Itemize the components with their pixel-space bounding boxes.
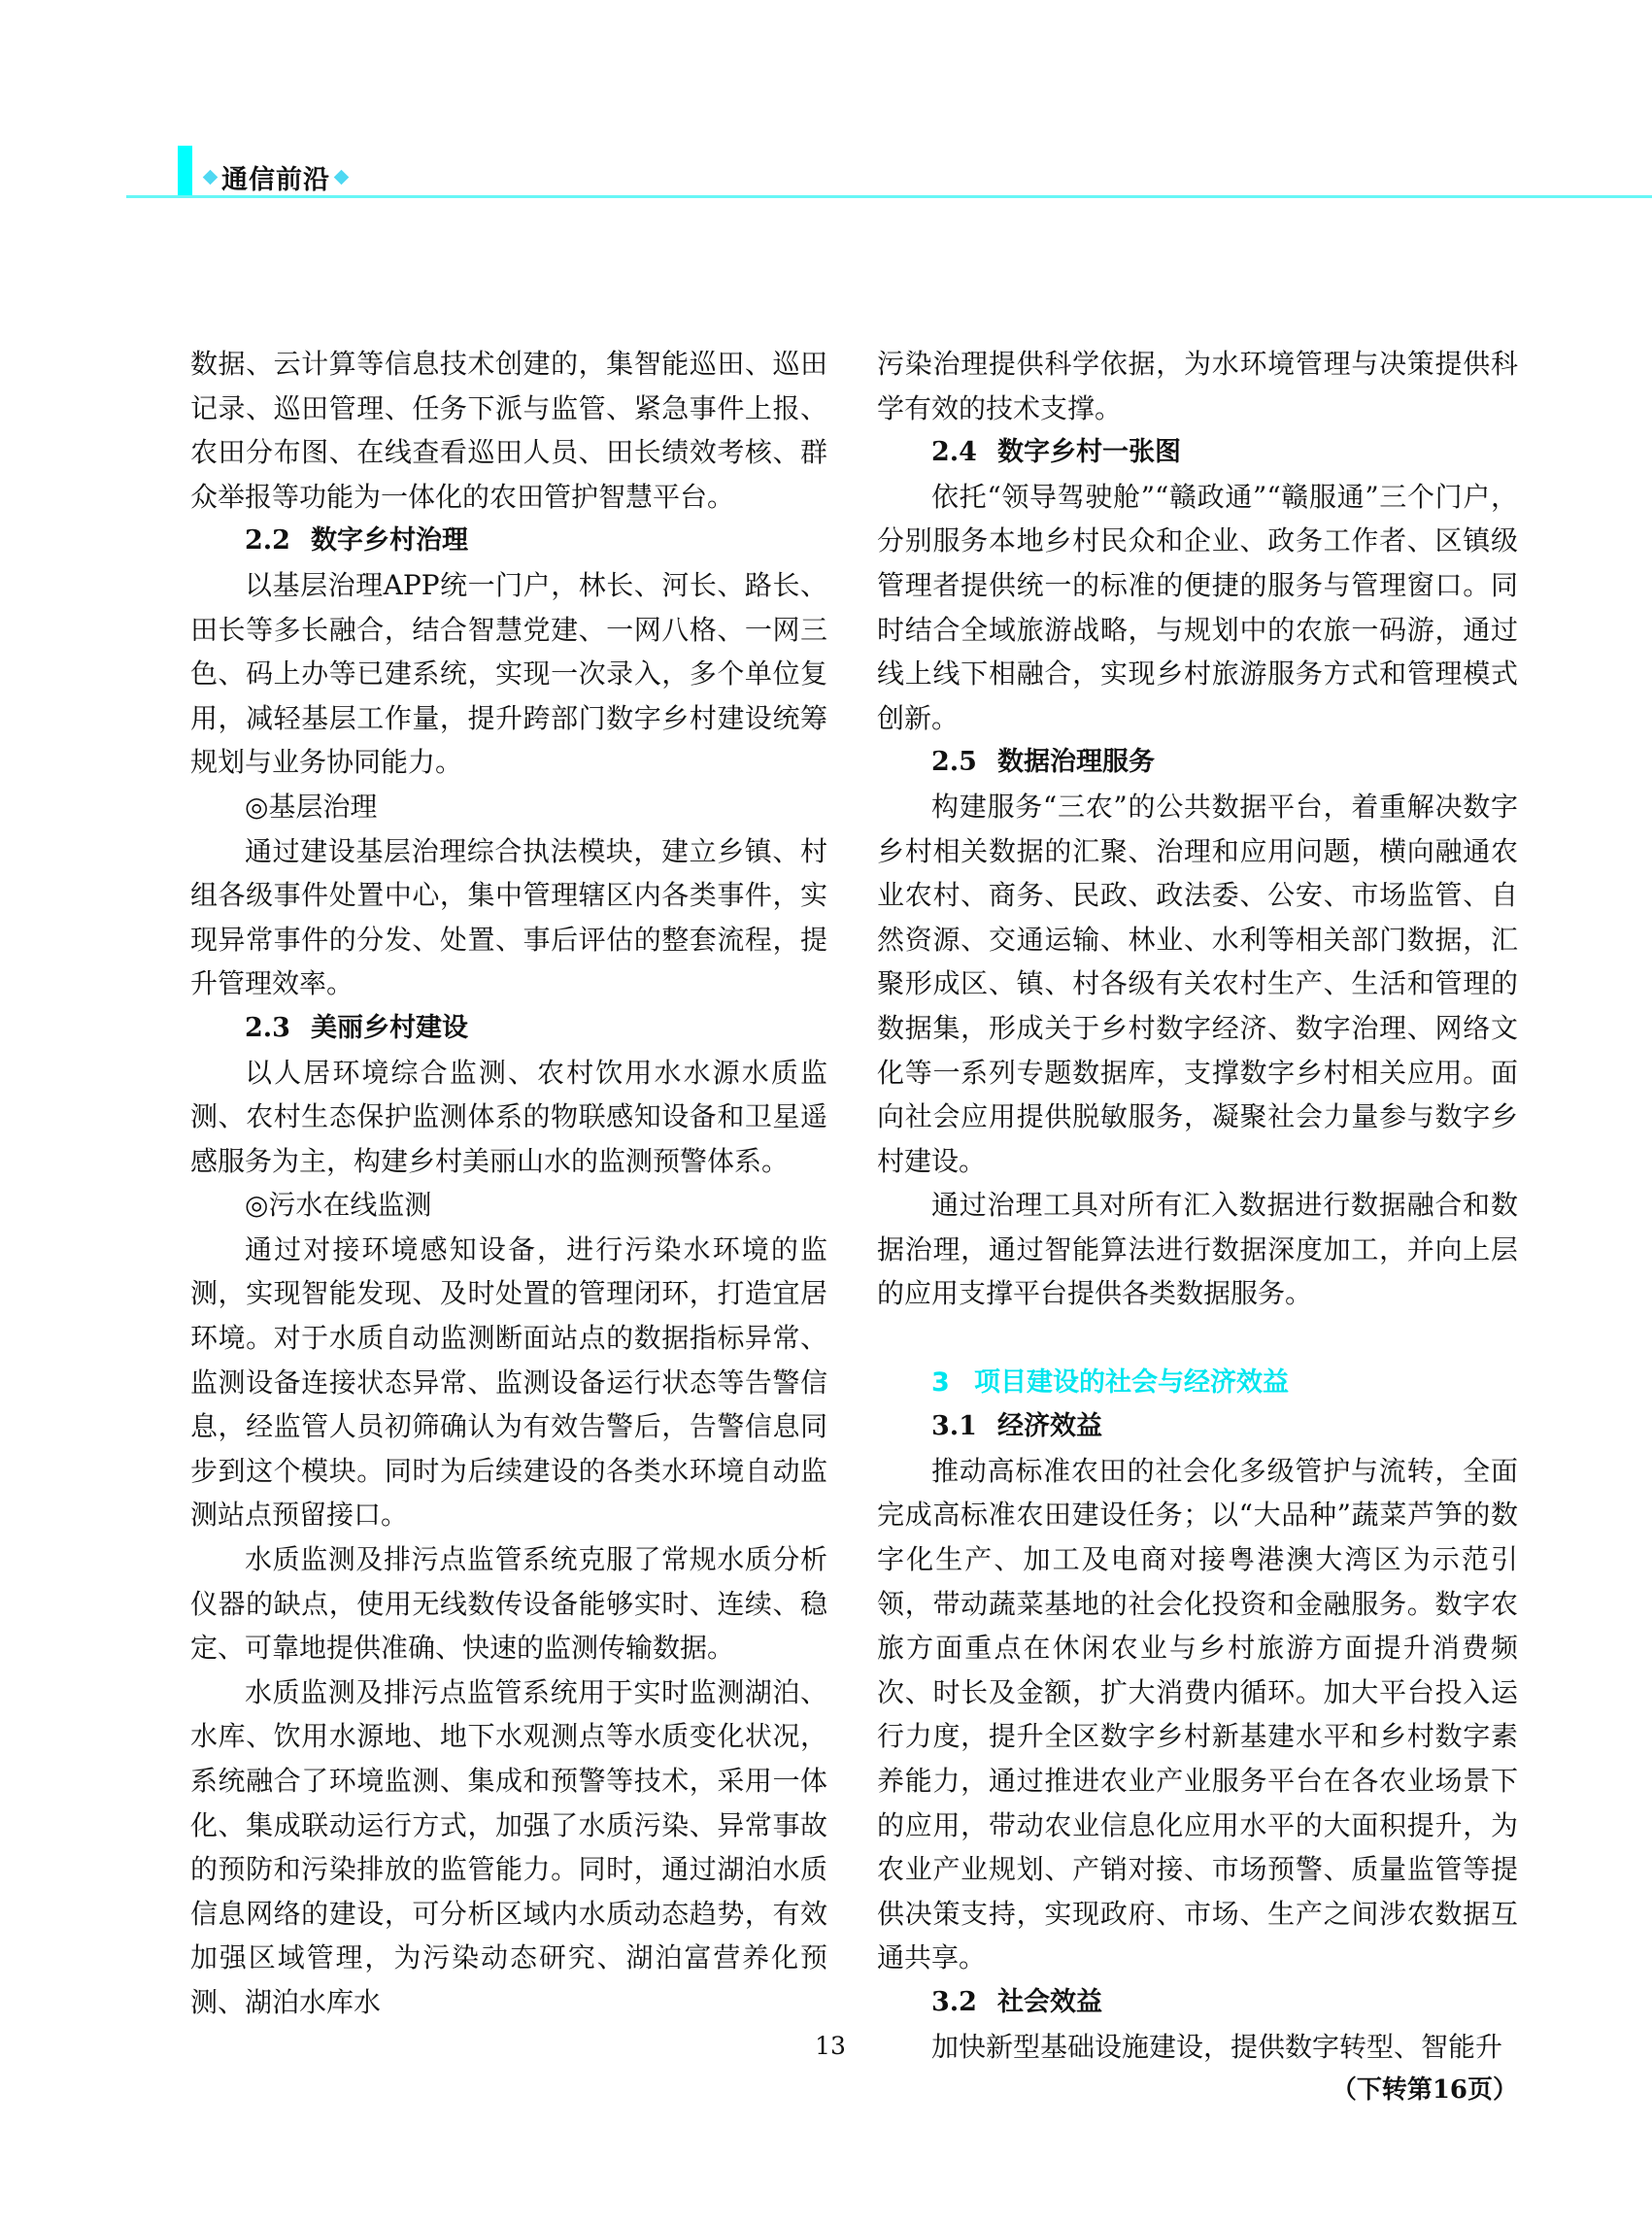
diamond-icon bbox=[334, 169, 350, 185]
paragraph: 加快新型基础设施建设，提供数字转型、智能升 bbox=[877, 2025, 1518, 2070]
paragraph: 通过对接环境感知设备，进行污染水环境的监测，实现智能发现、及时处置的管理闭环，打… bbox=[190, 1228, 827, 1537]
section-heading-2-4: 2.4数字乡村一张图 bbox=[877, 430, 1518, 475]
paragraph: 数据、云计算等信息技术创建的，集智能巡田、巡田记录、巡田管理、任务下派与监管、紧… bbox=[190, 342, 827, 519]
header-section-label: 通信前沿 bbox=[199, 159, 353, 194]
section-heading-3: 3项目建设的社会与经济效益 bbox=[877, 1361, 1518, 1405]
continued-note: （下转第16页） bbox=[877, 2069, 1518, 2113]
section-number: 2.3 bbox=[245, 1006, 311, 1051]
section-number: 2.5 bbox=[931, 740, 997, 785]
paragraph: 水质监测及排污点监管系统克服了常规水质分析仪器的缺点，使用无线数传设备能够实时、… bbox=[190, 1537, 827, 1670]
section-number: 3 bbox=[931, 1361, 974, 1405]
section-title: 经济效益 bbox=[997, 1411, 1102, 1441]
paragraph: 构建服务“三农”的公共数据平台，着重解决数字乡村相关数据的汇聚、治理和应用问题，… bbox=[877, 785, 1518, 1183]
section-title: 数字乡村治理 bbox=[311, 525, 468, 556]
section-heading-3-2: 3.2社会效益 bbox=[877, 1980, 1518, 2025]
paragraph: 推动高标准农田的社会化多级管护与流转，全面完成高标准农田建设任务；以“大品种”蔬… bbox=[877, 1449, 1518, 1980]
page-number: 13 bbox=[811, 2032, 850, 2060]
spacer bbox=[877, 1316, 1518, 1361]
subheading-grassroots: ◎基层治理 bbox=[190, 785, 827, 829]
section-heading-2-5: 2.5数据治理服务 bbox=[877, 740, 1518, 785]
section-title: 数字乡村一张图 bbox=[997, 437, 1181, 467]
subheading-sewage: ◎污水在线监测 bbox=[190, 1183, 827, 1228]
section-number: 2.2 bbox=[245, 519, 311, 563]
paragraph: 通过建设基层治理综合执法模块，建立乡镇、村组各级事件处置中心，集中管理辖区内各类… bbox=[190, 829, 827, 1006]
paragraph: 以基层治理APP统一门户，林长、河长、路长、田长等多长融合，结合智慧党建、一网八… bbox=[190, 563, 827, 785]
header-rule bbox=[126, 195, 1652, 198]
section-number: 3.1 bbox=[931, 1404, 997, 1449]
section-heading-3-1: 3.1经济效益 bbox=[877, 1404, 1518, 1449]
section-heading-2-3: 2.3美丽乡村建设 bbox=[190, 1006, 827, 1051]
section-title: 美丽乡村建设 bbox=[311, 1013, 468, 1043]
paragraph: 以人居环境综合监测、农村饮用水水源水质监测、农村生态保护监测体系的物联感知设备和… bbox=[190, 1051, 827, 1184]
header-accent-bar bbox=[178, 146, 192, 196]
paragraph: 通过治理工具对所有汇入数据进行数据融合和数据治理，通过智能算法进行数据深度加工，… bbox=[877, 1183, 1518, 1316]
paragraph: 污染治理提供科学依据，为水环境管理与决策提供科学有效的技术支撑。 bbox=[877, 342, 1518, 430]
diamond-icon bbox=[203, 169, 219, 185]
section-heading-2-2: 2.2数字乡村治理 bbox=[190, 519, 827, 563]
section-title: 社会效益 bbox=[997, 1987, 1102, 2017]
section-title: 数据治理服务 bbox=[997, 747, 1155, 777]
header-section-title: 通信前沿 bbox=[221, 158, 330, 196]
left-column: 数据、云计算等信息技术创建的，集智能巡田、巡田记录、巡田管理、任务下派与监管、紧… bbox=[190, 342, 827, 2025]
section-number: 2.4 bbox=[931, 430, 997, 475]
section-number: 3.2 bbox=[931, 1980, 997, 2025]
right-column: 污染治理提供科学依据，为水环境管理与决策提供科学有效的技术支撑。 2.4数字乡村… bbox=[877, 342, 1518, 2113]
paragraph: 依托“领导驾驶舱”“赣政通”“赣服通”三个门户，分别服务本地乡村民众和企业、政务… bbox=[877, 475, 1518, 741]
section-title: 项目建设的社会与经济效益 bbox=[974, 1367, 1289, 1398]
paragraph: 水质监测及排污点监管系统用于实时监测湖泊、水库、饮用水源地、地下水观测点等水质变… bbox=[190, 1670, 827, 2025]
